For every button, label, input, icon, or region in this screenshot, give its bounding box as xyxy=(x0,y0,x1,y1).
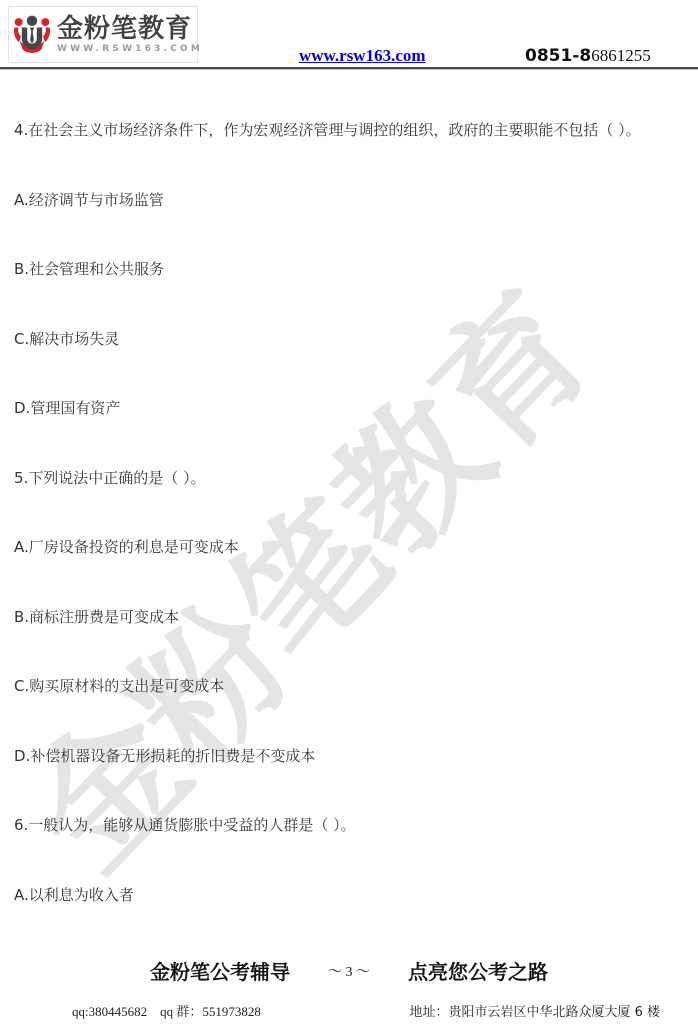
brand-logo-icon xyxy=(12,12,52,58)
document-page: 金粉笔教育 金粉笔教育 WWW.RSW163.COM xyxy=(0,0,698,1035)
footer-contact-row: qq:380445682 qq 群：551973828 地址：贵阳市云岩区中华北… xyxy=(0,1001,698,1019)
question-4-option-b: B.社会管理和公共服务 xyxy=(14,259,684,280)
header-phone-suffix: 6861255 xyxy=(591,46,651,65)
brand-name: 金粉笔教育 xyxy=(57,15,203,43)
question-5-option-b: B.商标注册费是可变成本 xyxy=(14,607,684,628)
brand-logo: 金粉笔教育 WWW.RSW163.COM xyxy=(8,6,198,63)
question-4-option-c: C.解决市场失灵 xyxy=(14,329,684,350)
footer-slogan-left: 金粉笔公考辅导 xyxy=(150,956,290,985)
question-4-option-a: A.经济调节与市场监管 xyxy=(14,190,684,211)
question-5-option-c: C.购买原材料的支出是可变成本 xyxy=(14,676,684,697)
header-phone: 0851-86861255 xyxy=(525,46,651,66)
question-4-option-d: D.管理国有资产 xyxy=(14,398,684,419)
question-5-option-a: A.厂房设备投资的利息是可变成本 xyxy=(14,537,684,558)
question-list: 4.在社会主义市场经济条件下，作为宏观经济管理与调控的组织，政府的主要职能不包括… xyxy=(14,120,684,954)
brand-site-url: WWW.RSW163.COM xyxy=(57,43,203,55)
page-number: ～ 3 ～ xyxy=(328,961,370,981)
question-4-text: 4.在社会主义市场经济条件下，作为宏观经济管理与调控的组织，政府的主要职能不包括… xyxy=(14,120,684,141)
question-5-text: 5.下列说法中正确的是（ ）。 xyxy=(14,468,684,489)
footer-qq-info: qq:380445682 qq 群：551973828 xyxy=(72,1001,261,1020)
footer-slogan-row: 金粉笔公考辅导 ～ 3 ～ 点亮您公考之路 xyxy=(0,956,698,985)
header-phone-prefix: 0851-8 xyxy=(525,46,591,66)
footer-slogan-right: 点亮您公考之路 xyxy=(408,956,548,985)
brand-logo-text: 金粉笔教育 WWW.RSW163.COM xyxy=(57,15,203,55)
question-5-option-d: D.补偿机器设备无形损耗的折旧费是不变成本 xyxy=(14,746,684,767)
footer-address: 地址：贵阳市云岩区中华北路众厦大厦 6 楼 xyxy=(409,1001,660,1020)
question-6-option-a: A.以利息为收入者 xyxy=(14,885,684,906)
header-divider-shadow xyxy=(0,69,698,70)
header-website-link[interactable]: www.rsw163.com xyxy=(299,46,426,66)
question-6-text: 6.一般认为，能够从通货膨胀中受益的人群是（ ）。 xyxy=(14,815,684,836)
page-header: 金粉笔教育 WWW.RSW163.COM www.rsw163.com 0851… xyxy=(0,0,698,72)
